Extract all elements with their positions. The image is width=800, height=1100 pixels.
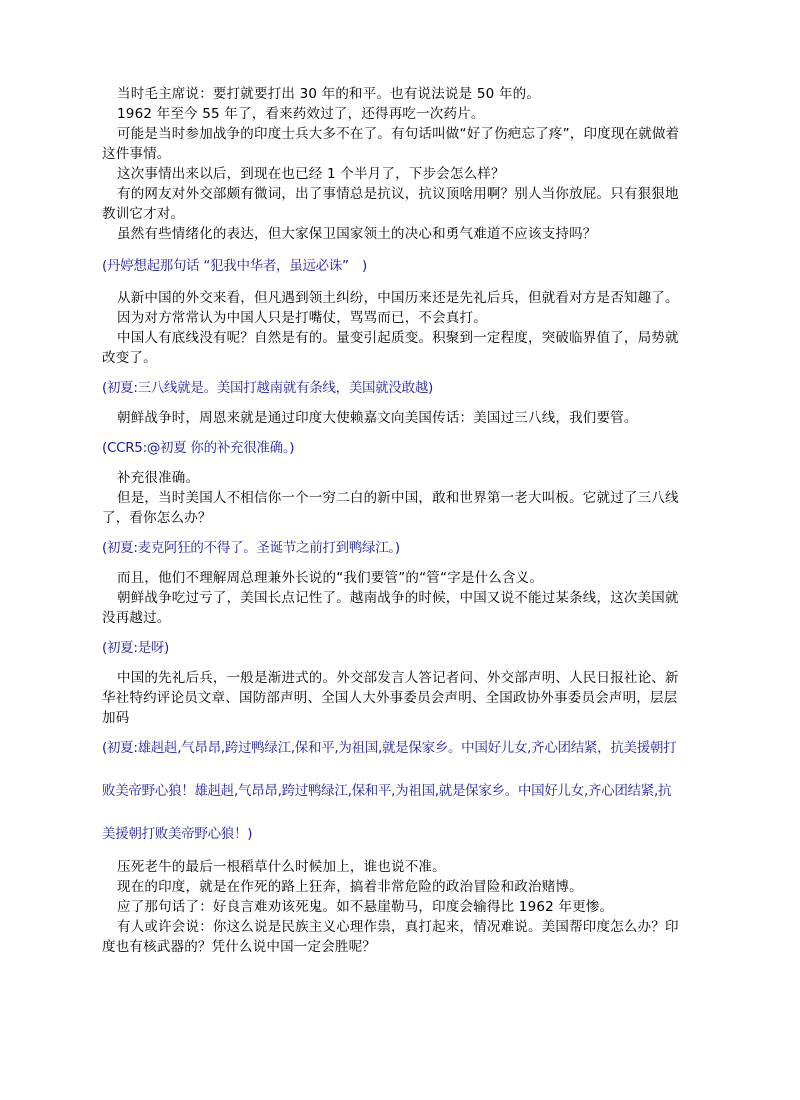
paragraph: 现在的印度，就是在作死的路上狂奔，搞着非常危险的政治冒险和政治赌博。 (102, 877, 682, 897)
paragraph: 补充很准确。 (102, 468, 682, 488)
paragraph: 但是，当时美国人不相信你一个一穷二白的新中国，敢和世界第一老大叫板。它就过了三八… (102, 488, 682, 528)
paragraph: 虽然有些情绪化的表达，但大家保卫国家领土的决心和勇气难道不应该支持吗？ (102, 224, 682, 244)
paragraph: 中国的先礼后兵，一般是渐进式的。外交部发言人答记者问、外交部声明、人民日报社论、… (102, 668, 682, 728)
paragraph: 中国人有底线没有呢？自然是有的。量变引起质变。积聚到一定程度，突破临界值了，局势… (102, 328, 682, 368)
spacer (102, 528, 682, 538)
reader-comment: (丹婷想起那句话 “犯我中华者，虽远必诛” ) (102, 256, 682, 276)
spacer (102, 458, 682, 468)
reader-comment: (初夏:三八线就是。美国打越南就有条线，美国就没敢越) (102, 378, 682, 398)
reader-comment: (初夏:麦克阿狂的不得了。圣诞节之前打到鸭绿江。) (102, 538, 682, 558)
paragraph: 而且，他们不理解周总理兼外长说的“我们要管”的“管“字是什么含义。 (102, 568, 682, 588)
paragraph: 朝鲜战争吃过亏了，美国长点记性了。越南战争的时候，中国又说不能过某条线，这次美国… (102, 588, 682, 628)
document-page: 当时毛主席说：要打就要打出 30 年的和平。也有说法说是 50 年的。 1962… (102, 84, 682, 957)
reader-comment: (CCR5:@初夏 你的补充很准确。) (102, 438, 682, 458)
paragraph: 有的网友对外交部颇有微词，出了事情总是抗议，抗议顶啥用啊？别人当你放屁。只有狠狠… (102, 184, 682, 224)
paragraph: 从新中国的外交来看，但凡遇到领土纠纷，中国历来还是先礼后兵，但就看对方是否知趣了… (102, 288, 682, 308)
spacer (102, 558, 682, 568)
spacer (102, 428, 682, 438)
spacer (102, 628, 682, 638)
spacer (102, 368, 682, 378)
spacer (102, 244, 682, 256)
paragraph: 这次事情出来以后，到现在也已经 1 个半月了，下步会怎么样？ (102, 164, 682, 184)
paragraph: 应了那句话了：好良言难劝该死鬼。如不悬崖勒马，印度会输得比 1962 年更惨。 (102, 897, 682, 917)
spacer (102, 658, 682, 668)
paragraph: 压死老牛的最后一根稻草什么时候加上，谁也说不准。 (102, 857, 682, 877)
reader-comment: (初夏:雄赳赳,气昂昂,跨过鸭绿江,保和平,为祖国,就是保家乡。中国好儿女,齐心… (102, 727, 682, 856)
paragraph: 有人或许会说：你这么说是民族主义心理作祟，真打起来，情况难说。美国帮印度怎么办？… (102, 917, 682, 957)
reader-comment: (初夏:是呀) (102, 638, 682, 658)
paragraph: 当时毛主席说：要打就要打出 30 年的和平。也有说法说是 50 年的。 (102, 84, 682, 104)
paragraph: 因为对方常常认为中国人只是打嘴仗，骂骂而已，不会真打。 (102, 308, 682, 328)
paragraph: 朝鲜战争时，周恩来就是通过印度大使赖嘉文向美国传话：美国过三八线，我们要管。 (102, 408, 682, 428)
paragraph: 可能是当时参加战争的印度士兵大多不在了。有句话叫做“好了伤疤忘了疼”，印度现在就… (102, 124, 682, 164)
spacer (102, 398, 682, 408)
spacer (102, 276, 682, 288)
paragraph: 1962 年至今 55 年了，看来药效过了，还得再吃一次药片。 (102, 104, 682, 124)
